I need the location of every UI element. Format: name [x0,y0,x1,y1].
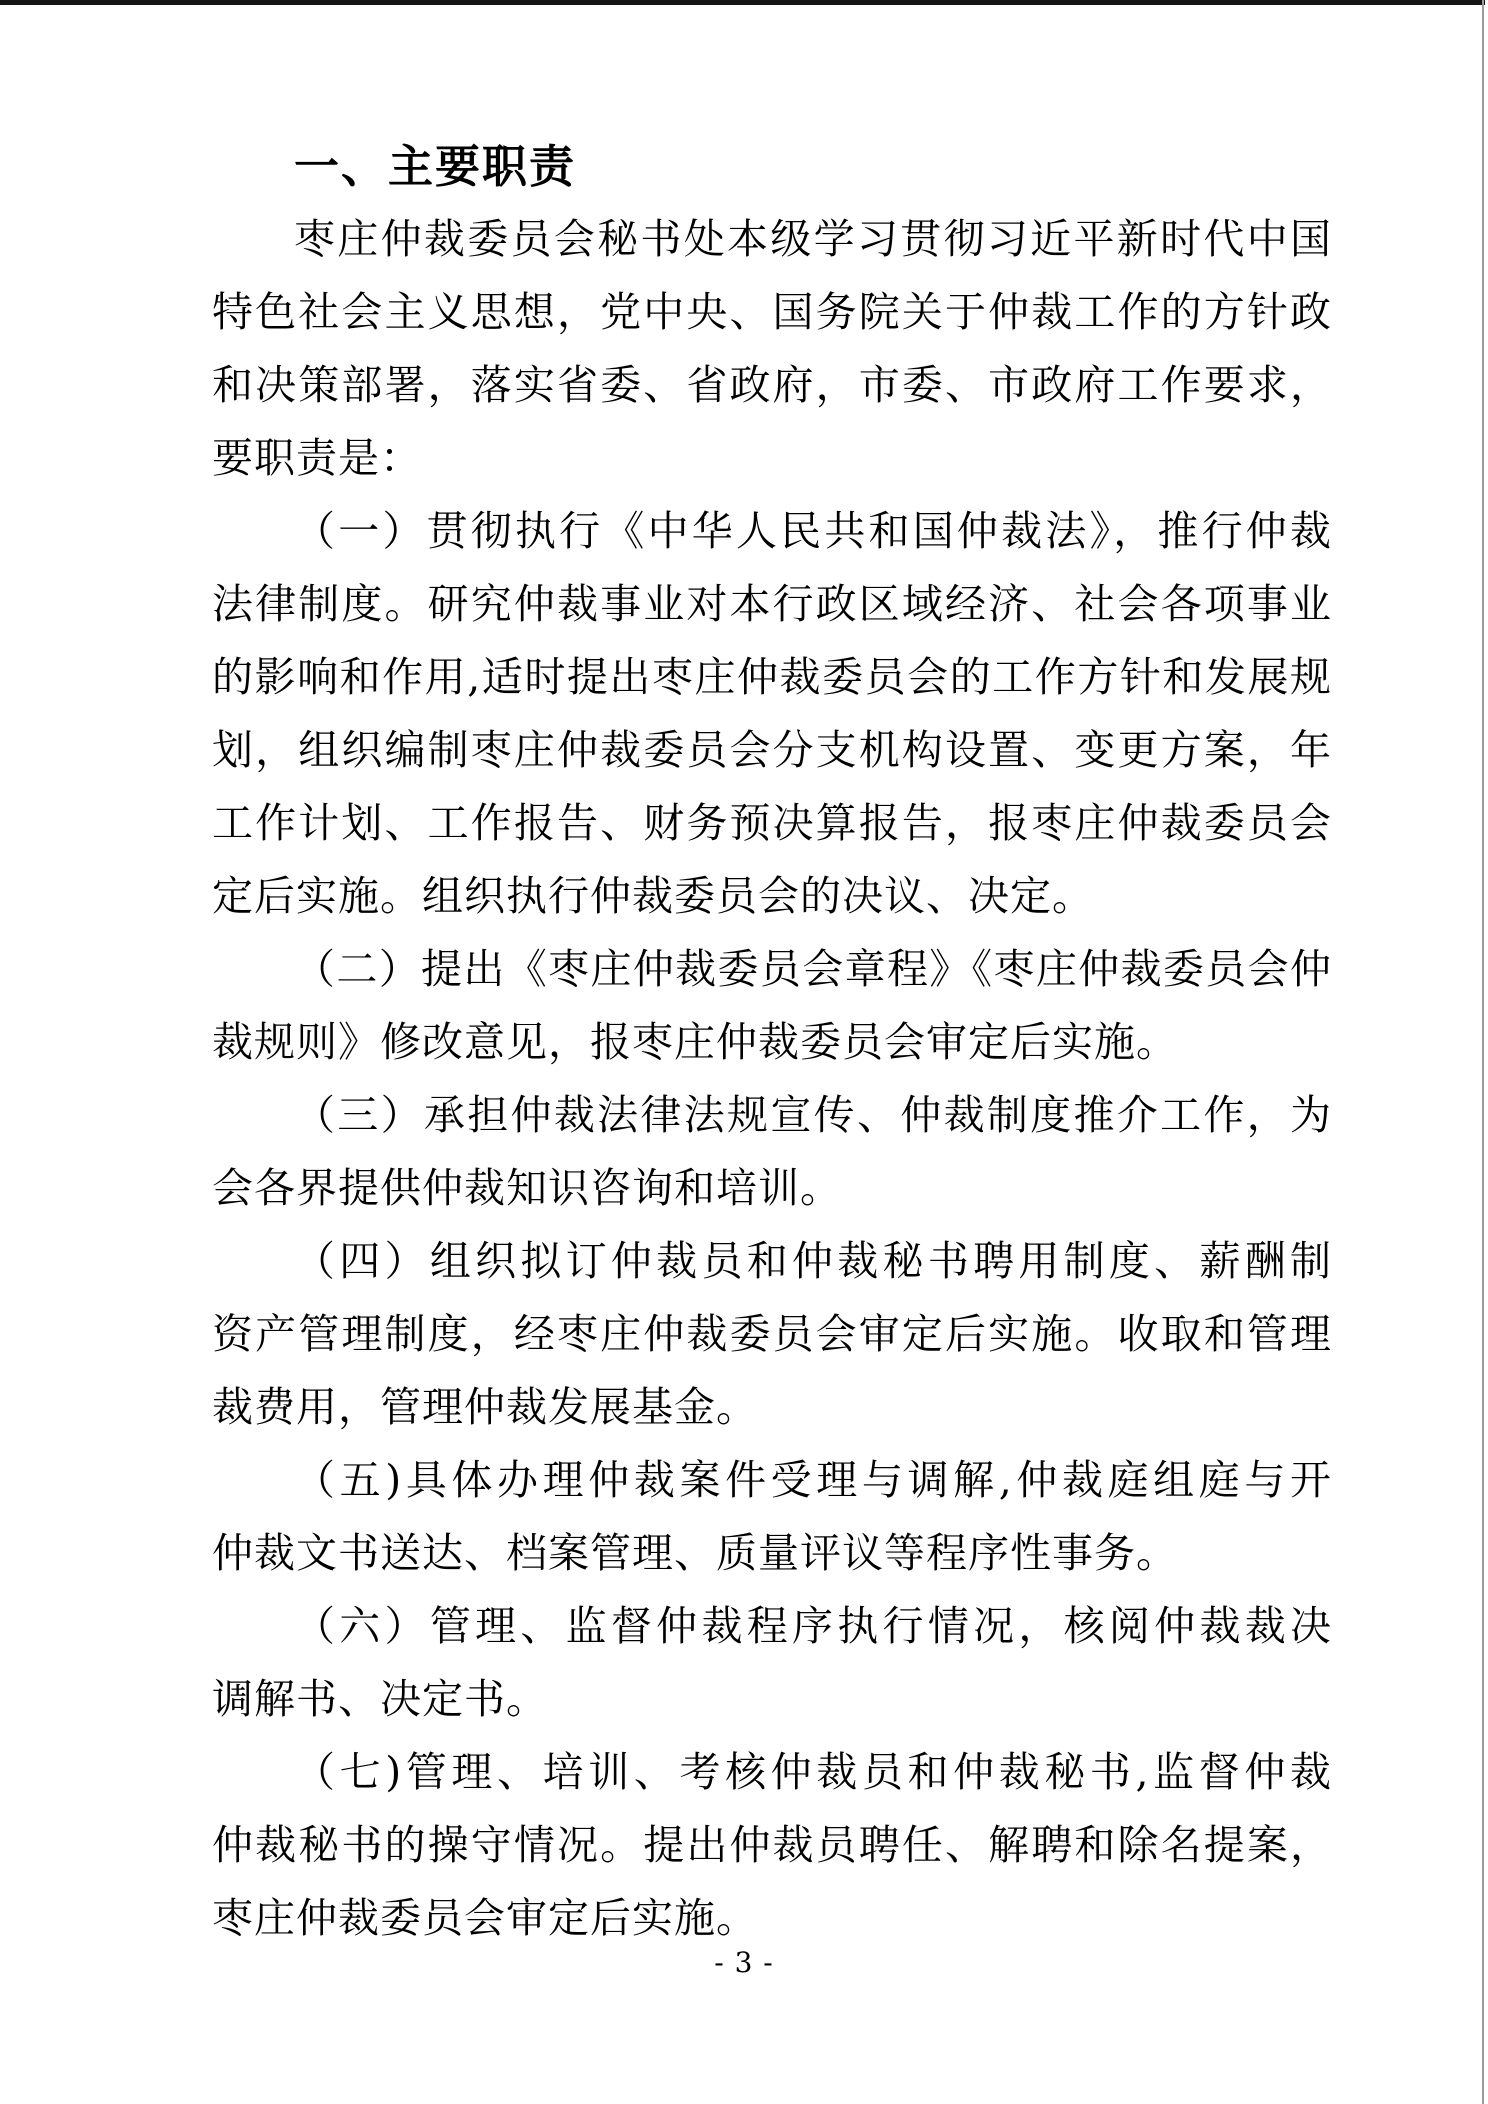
paragraph-intro: 枣庄仲裁委员会秘书处本级学习贯彻习近平新时代中国 特色社会主义思想，党中央、国务… [212,203,1332,495]
body-line: 法律制度。研究仲裁事业对本行政区域经济、社会各项事业 [212,568,1332,641]
right-edge-line [1482,0,1484,2104]
body-line: 要职责是： [212,422,1332,495]
top-edge-bar [0,0,1485,5]
document-body: 一、主要职责 枣庄仲裁委员会秘书处本级学习贯彻习近平新时代中国 特色社会主义思想… [212,130,1332,1955]
body-line: 资产管理制度，经枣庄仲裁委员会审定后实施。收取和管理仲 [212,1298,1332,1371]
paragraph-item-1: （一）贯彻执行《中华人民共和国仲裁法》，推行仲裁 法律制度。研究仲裁事业对本行政… [212,495,1332,933]
body-line: 枣庄仲裁委员会秘书处本级学习贯彻习近平新时代中国 [212,203,1332,276]
body-line: 仲裁文书送达、档案管理、质量评议等程序性事务。 [212,1517,1332,1590]
page-number: - 3 - [0,1946,1488,1979]
body-line: （四）组织拟订仲裁员和仲裁秘书聘用制度、薪酬制 度、 [212,1225,1332,1298]
body-line: 工作计划、工作报告、财务预决算报告，报枣庄仲裁委员会审 [212,787,1332,860]
body-line: 定后实施。组织执行仲裁委员会的决议、决定。 [212,860,1332,933]
body-line: 会各界提供仲裁知识咨询和培训。 [212,1152,1332,1225]
body-line: （六）管理、监督仲裁程序执行情况，核阅仲裁裁决书。 [212,1590,1332,1663]
body-line: 裁规则》修改意见，报枣庄仲裁委员会审定后实施。 [212,1006,1332,1079]
section-heading: 一、主要职责 [212,130,1332,203]
body-line: （五)具体办理仲裁案件受理与调解,仲裁庭组庭与开庭、 [212,1444,1332,1517]
body-line: （七)管理、培训、考核仲裁员和仲裁秘书,监督仲裁员、 [212,1736,1332,1809]
body-line: 仲裁秘书的操守情况。提出仲裁员聘任、解聘和除名提案，经 [212,1809,1332,1882]
body-line: （三）承担仲裁法律法规宣传、仲裁制度推介工作，为社 [212,1079,1332,1152]
paragraph-item-4: （四）组织拟订仲裁员和仲裁秘书聘用制度、薪酬制 度、 资产管理制度，经枣庄仲裁委… [212,1225,1332,1444]
paragraph-item-6: （六）管理、监督仲裁程序执行情况，核阅仲裁裁决书。 调解书、决定书。 [212,1590,1332,1736]
paragraph-item-7: （七)管理、培训、考核仲裁员和仲裁秘书,监督仲裁员、 仲裁秘书的操守情况。提出仲… [212,1736,1332,1955]
body-line: 特色社会主义思想，党中央、国务院关于仲裁工作的方针政策 [212,276,1332,349]
paragraph-item-3: （三）承担仲裁法律法规宣传、仲裁制度推介工作，为社 会各界提供仲裁知识咨询和培训… [212,1079,1332,1225]
body-line: 和决策部署，落实省委、省政府，市委、市政府工作要求，主 [212,349,1332,422]
body-line: 枣庄仲裁委员会审定后实施。 [212,1882,1332,1955]
body-line: 裁费用，管理仲裁发展基金。 [212,1371,1332,1444]
paragraph-item-2: （二）提出《枣庄仲裁委员会章程》《枣庄仲裁委员会仲 裁规则》修改意见，报枣庄仲裁… [212,933,1332,1079]
body-line: （二）提出《枣庄仲裁委员会章程》《枣庄仲裁委员会仲 [212,933,1332,1006]
body-line: 调解书、决定书。 [212,1663,1332,1736]
body-line: 划，组织编制枣庄仲裁委员会分支机构设置、变更方案，年度 [212,714,1332,787]
body-line: （一）贯彻执行《中华人民共和国仲裁法》，推行仲裁 [212,495,1332,568]
paragraph-item-5: （五)具体办理仲裁案件受理与调解,仲裁庭组庭与开庭、 仲裁文书送达、档案管理、质… [212,1444,1332,1590]
body-line: 的影响和作用,适时提出枣庄仲裁委员会的工作方针和发展规 [212,641,1332,714]
